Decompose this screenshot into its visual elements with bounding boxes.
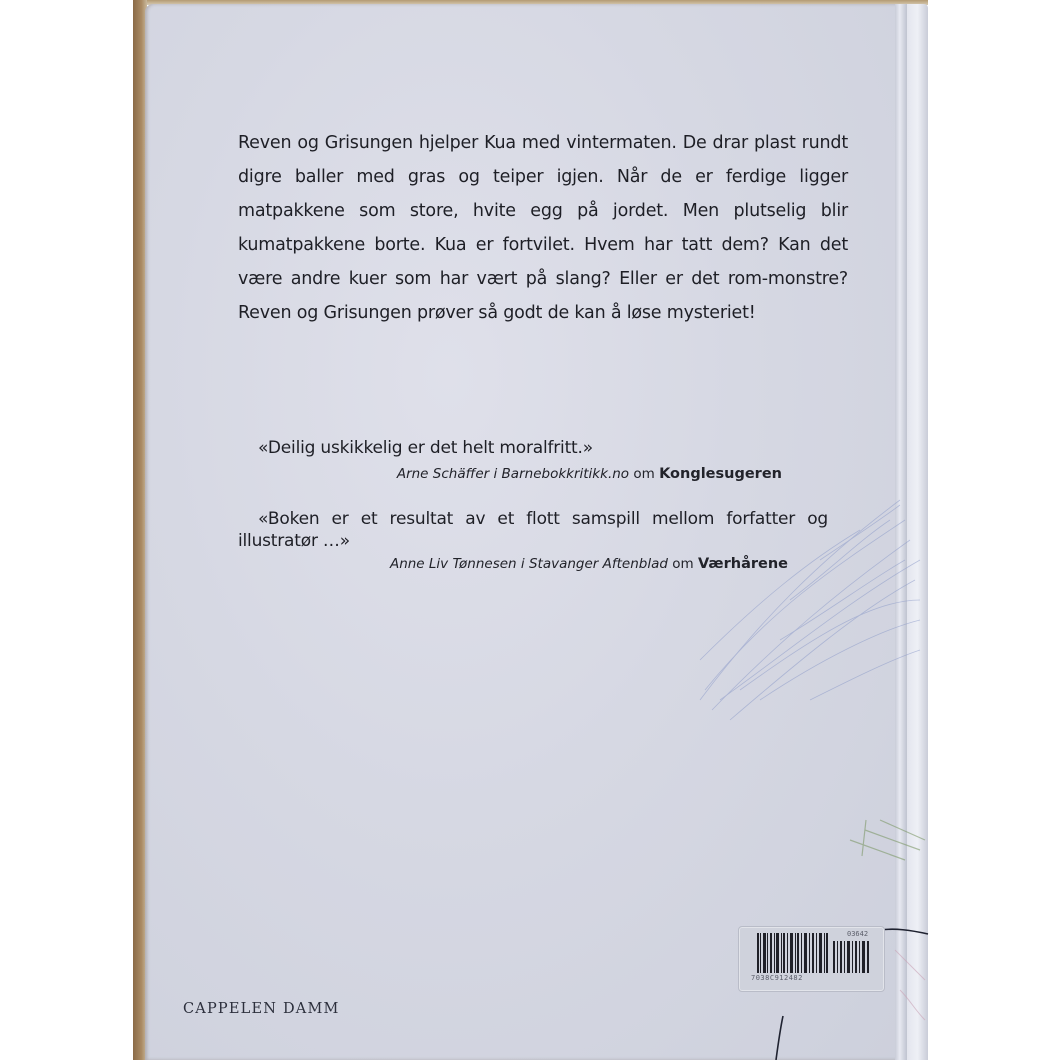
barcode-icon (757, 933, 829, 973)
connector: i (493, 466, 497, 482)
reviewer-name: Anne Liv Tønnesen (390, 556, 517, 572)
review-source: Stavanger Aftenblad (529, 556, 668, 572)
barcode-sticker: 03642 7038C912482 (738, 926, 885, 992)
review-quote-2: «Boken er et resultat av et flott samspi… (238, 508, 828, 552)
barcode-addon-icon (833, 941, 871, 973)
review-quote-1: «Deilig uskikkelig er det helt moralfrit… (258, 437, 818, 459)
book-title: Konglesugeren (659, 466, 782, 482)
photo-scene: Reven og Grisungen hjelper Kua med vinte… (0, 0, 1060, 1060)
reviewer-name: Arne Schäffer (397, 466, 489, 482)
blurb-text: Reven og Grisungen hjelper Kua med vinte… (238, 126, 848, 330)
publisher-logo: CAPPELEN DAMM (183, 1001, 340, 1017)
review-attribution-1: Arne Schäffer i Barnebokkritikk.no om Ko… (397, 466, 782, 482)
barcode-number: 7038C912482 (751, 974, 803, 982)
review-attribution-2: Anne Liv Tønnesen i Stavanger Aftenblad … (390, 556, 788, 572)
barcode-addon-code: 03642 (847, 930, 868, 938)
om-word: om (633, 466, 654, 482)
review-source: Barnebokkritikk.no (502, 466, 630, 482)
connector: i (521, 556, 525, 572)
book-title: Værhårene (698, 556, 788, 572)
spine-groove (895, 4, 907, 1060)
book-spine (907, 4, 928, 1060)
om-word: om (672, 556, 693, 572)
